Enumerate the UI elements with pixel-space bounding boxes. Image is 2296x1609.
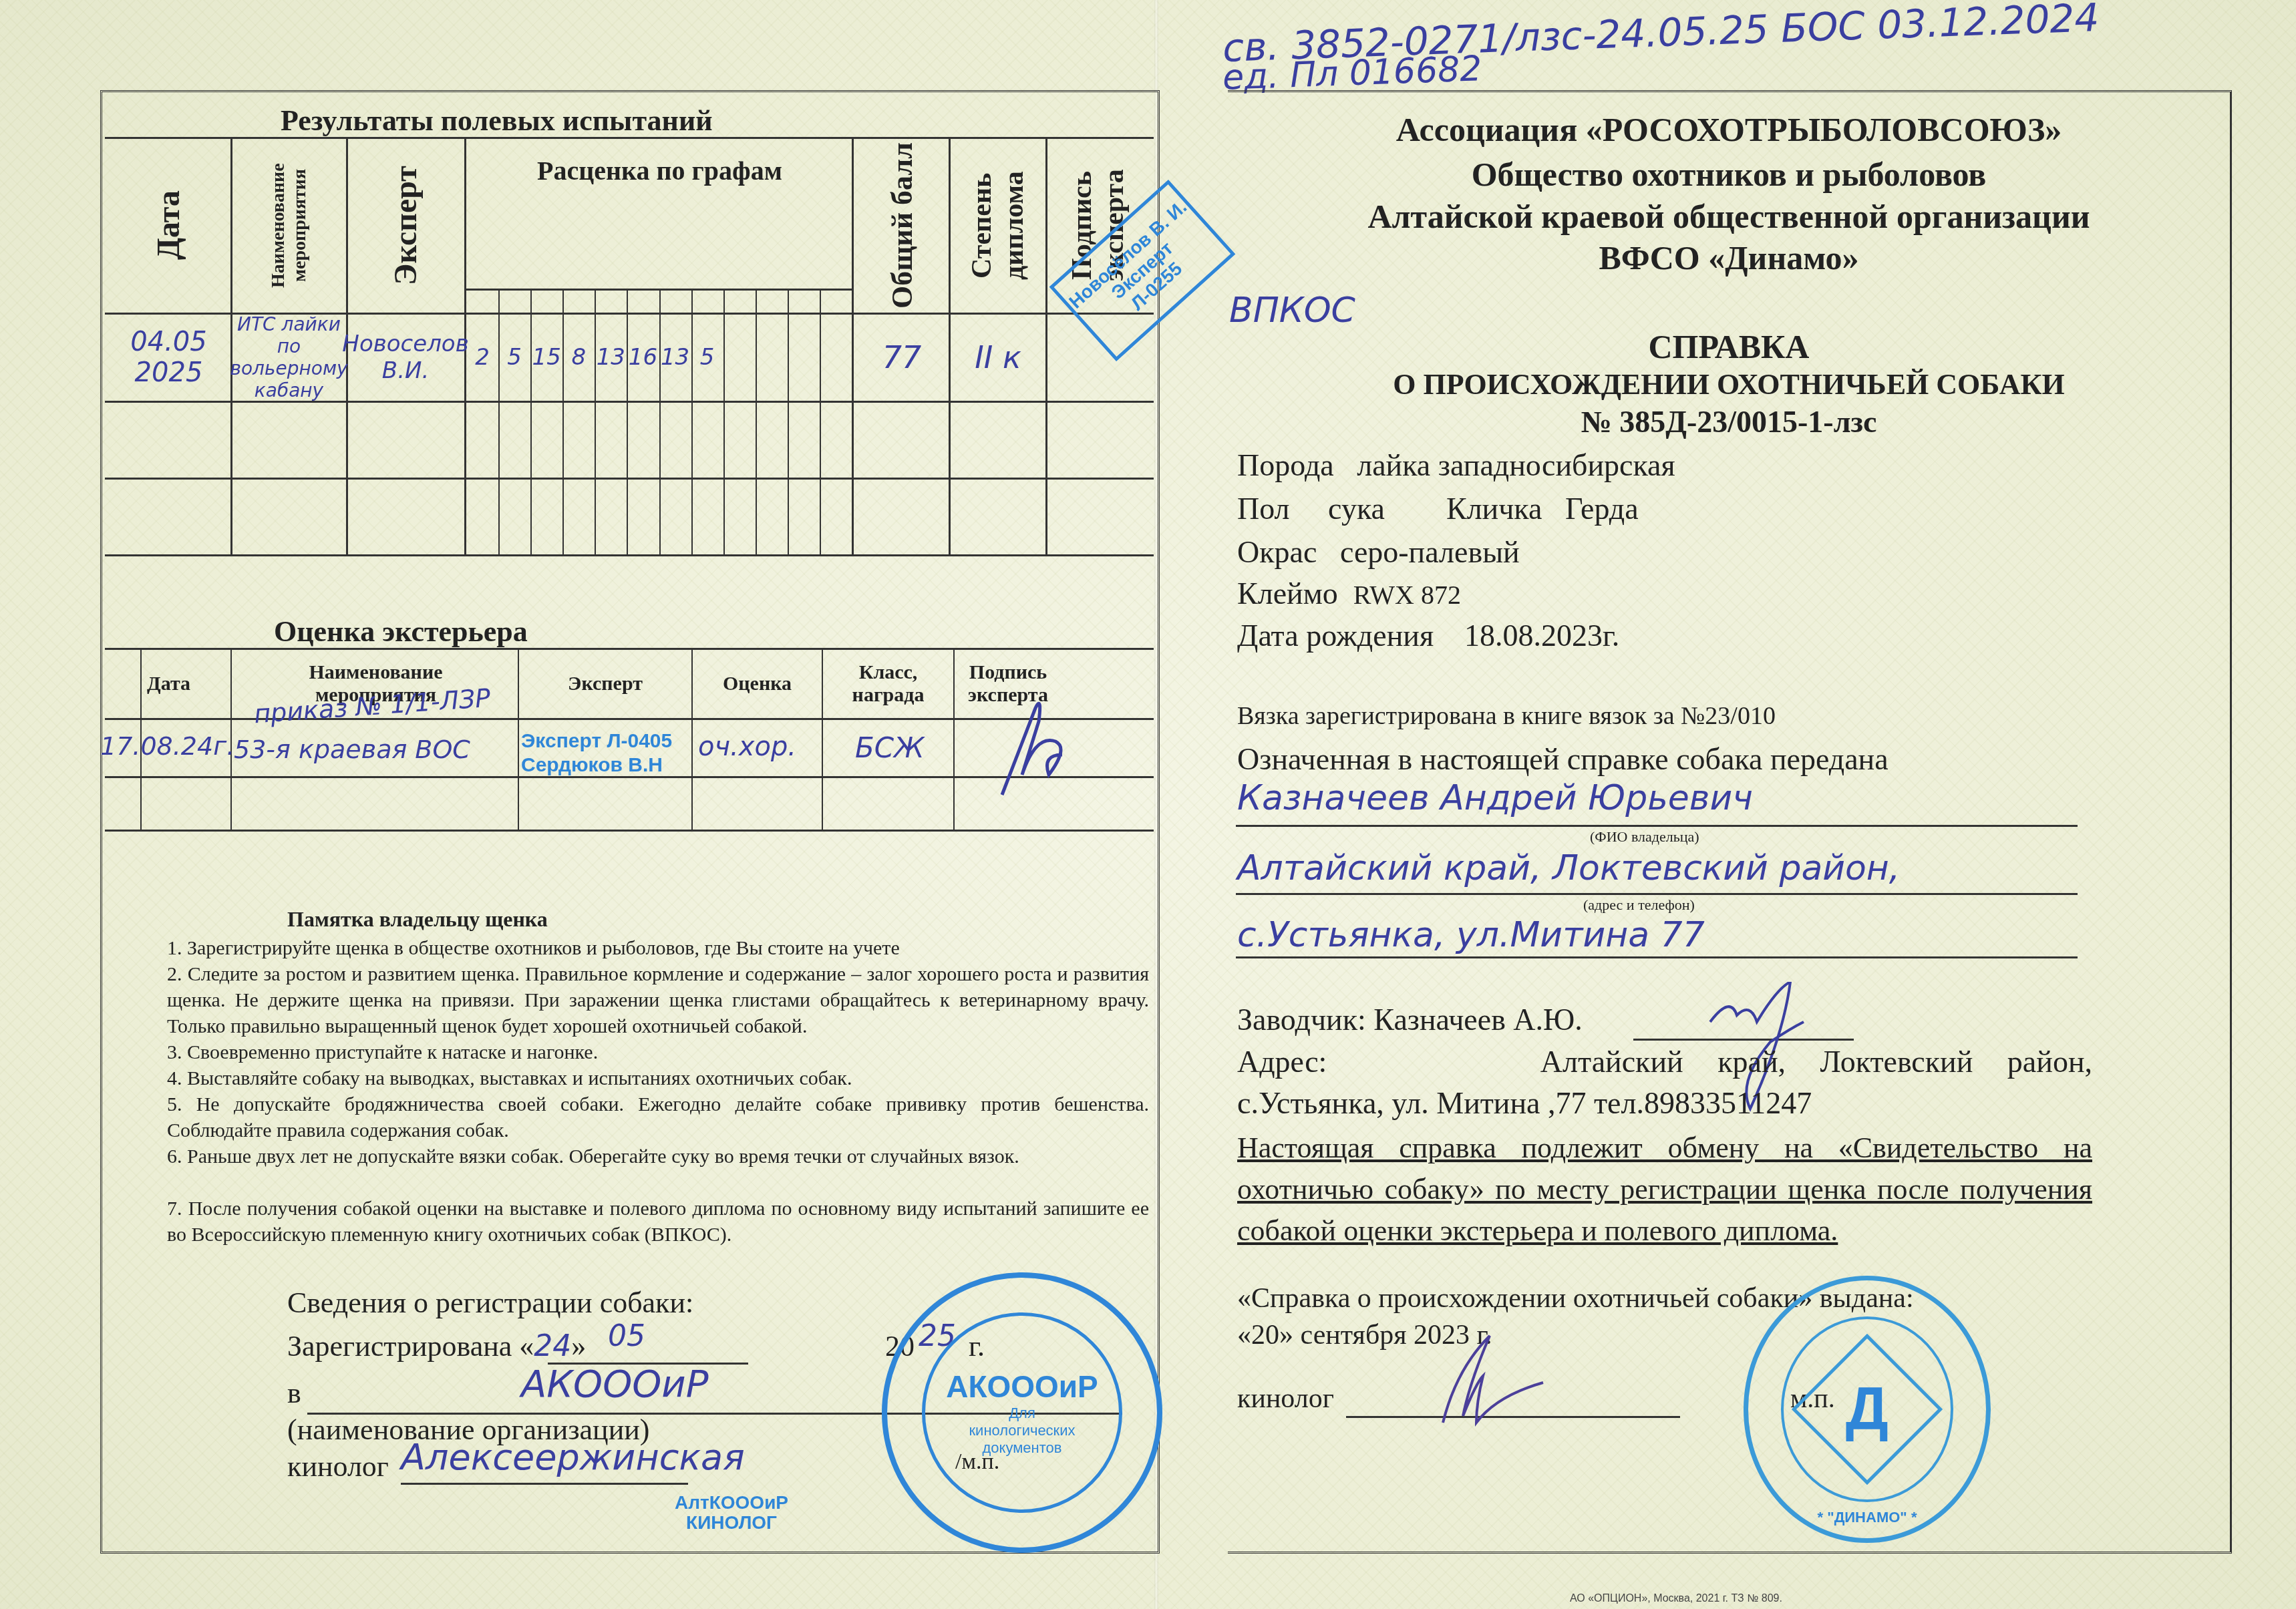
round-stamp-akoooir: АКОООиР Для кинологических документов — [882, 1272, 1162, 1553]
score-cell: 13 — [595, 317, 627, 397]
trial-event: ИТС лайки по вольерному кабану — [234, 317, 344, 397]
exchange-notice: Настоящая справка подлежит обмену на «Св… — [1237, 1127, 2092, 1252]
ext-class: БСЖ — [855, 731, 924, 764]
score-cell: 13 — [659, 317, 691, 397]
ext-header-date: Дата — [107, 651, 230, 717]
trial-expert: Новоселов В.И. — [349, 317, 462, 397]
expert-signature — [975, 695, 1082, 801]
trial-diploma: II к — [951, 317, 1045, 397]
owner-name: Казначеев Андрей Юрьевич — [1237, 778, 1753, 818]
color-label: Окрас — [1237, 535, 1317, 569]
table-col-line — [852, 137, 854, 554]
owner-name-line — [1236, 825, 2078, 827]
registered-label: Зарегистрирована «24» — [287, 1329, 586, 1363]
header-total: Общий балл — [855, 140, 949, 311]
cynologist-signature — [1416, 1329, 1550, 1436]
table-rule — [105, 830, 1154, 832]
table-col-line — [1045, 137, 1047, 554]
reg-organization: АКОООиР — [521, 1363, 708, 1406]
owner-caption: (ФИО владельца) — [1590, 828, 1699, 846]
org-line-2: Общество охотников и рыболовов — [1228, 155, 2230, 194]
reg-day: 24 — [534, 1329, 571, 1363]
stamp-line: Эксперт Л-0405 — [521, 729, 672, 753]
sex-name-row: Пол сука Кличка Герда — [1237, 491, 1639, 526]
registered-prefix: Зарегистрирована « — [287, 1330, 534, 1363]
color-value: серо-палевый — [1340, 535, 1520, 569]
score-cell — [788, 317, 820, 397]
field-trials-title: Результаты полевых испытаний — [281, 104, 713, 138]
score-cell: 8 — [562, 317, 595, 397]
address-label: Адрес: — [1237, 1044, 1327, 1079]
score-cell: 5 — [498, 317, 530, 397]
score-cell: 2 — [466, 317, 498, 397]
dob-value: 18.08.2023г. — [1464, 618, 1619, 653]
round-stamp-dinamo: Д * "ДИНАМО" * — [1744, 1276, 1991, 1543]
dob-label: Дата рождения — [1237, 618, 1434, 653]
name-label: Кличка — [1446, 492, 1542, 526]
brand-label: Клеймо — [1237, 576, 1338, 610]
memo-item: 4. Выставляйте собаку на выводках, выста… — [167, 1065, 1149, 1091]
quote: » — [571, 1330, 586, 1363]
score-cell — [820, 317, 852, 397]
owner-address-1: Алтайский край, Локтевский район, — [1237, 848, 1900, 888]
owner-address-line-2 — [1236, 956, 2078, 958]
score-cell — [756, 317, 788, 397]
header-event: Наименование мероприятия — [234, 140, 344, 311]
score-cell: 15 — [530, 317, 562, 397]
header-date: Дата — [107, 140, 230, 311]
doc-title: СПРАВКА — [1228, 327, 2230, 366]
score-cell: 5 — [691, 317, 723, 397]
registration-title: Сведения о регистрации собаки: — [287, 1286, 693, 1320]
kinolog-stamp: АлтКОООиР КИНОЛОГ — [675, 1493, 788, 1533]
stamp-line: Сердюков В.Н — [521, 753, 672, 777]
ext-header-expert: Эксперт — [519, 651, 691, 717]
dinamo-letter: Д — [1846, 1375, 1889, 1444]
exterior-title: Оценка экстерьера — [274, 614, 528, 649]
stamp-sub: Для кинологических документов — [959, 1405, 1086, 1457]
ext-header-grade: Оценка — [693, 651, 822, 717]
org-line-1: Ассоциация «РОСОХОТРЫБОЛОВСОЮЗ» — [1228, 110, 2230, 149]
table-rule — [105, 478, 1154, 480]
table-rule — [105, 137, 1154, 139]
header-expert: Эксперт — [349, 140, 462, 311]
brand-row: Клеймо RWX 872 — [1237, 576, 1461, 611]
memo-item: 6. Раньше двух лет не допускайте вязки с… — [167, 1143, 1149, 1170]
ext-grade: оч.хор. — [698, 731, 796, 762]
sex-label: Пол — [1237, 492, 1290, 526]
header-scores: Расценка по графам — [468, 140, 852, 200]
memo-item: 2. Следите за ростом и развитием щенка. … — [167, 961, 1149, 1039]
table-col-line — [949, 137, 951, 554]
breed-row: Порода лайка западносибирская — [1237, 448, 1675, 483]
header-diploma: Степень диплома — [951, 140, 1045, 311]
table-rule — [105, 648, 1154, 650]
ext-event-line2: 53-я краевая ВОС — [234, 735, 470, 764]
owner-address-2: с.Устьянка, ул.Митина 77 — [1237, 915, 1705, 955]
org-line-3: Алтайской краевой общественной организац… — [1228, 197, 2230, 236]
color-row: Окрас серо-палевый — [1237, 534, 1520, 570]
mating-row: Вязка зарегистрирована в книге вязок за … — [1237, 701, 1776, 731]
breed-label: Порода — [1237, 448, 1334, 482]
stamp-center: АКОООиР — [946, 1369, 1098, 1405]
ext-date: 17.08.24г. — [100, 731, 234, 761]
name-value: Герда — [1565, 492, 1639, 526]
doc-number: № 385Д-23/0015-1-лзс — [1228, 404, 2230, 439]
expert-stamp-serdyukov: Эксперт Л-0405 Сердюков В.Н — [521, 729, 672, 777]
address-row-1: Адрес: Алтайский край, Локтевский район, — [1237, 1044, 2092, 1079]
reg-in-label: в — [287, 1376, 301, 1410]
address-line-1: Алтайский край, Локтевский район, — [1327, 1044, 2092, 1079]
doc-subtitle: О ПРОИСХОЖДЕНИИ ОХОТНИЧЬЕЙ СОБАКИ — [1228, 367, 2230, 401]
reg-cynologist-label: кинолог — [287, 1449, 389, 1483]
dob-row: Дата рождения 18.08.2023г. — [1237, 618, 1619, 653]
trial-date: 04.05 2025 — [107, 317, 230, 397]
address-row-2: с.Устьянка, ул. Митина ,77 тел.898335112… — [1237, 1085, 1812, 1121]
reg-month: 05 — [608, 1319, 645, 1353]
table-rule — [105, 554, 1154, 556]
org-line-4: ВФСО «Динамо» — [1228, 238, 2230, 277]
memo-item: 5. Не допускайте бродяжничества своей со… — [167, 1091, 1149, 1143]
owner-address-line-1 — [1236, 893, 2078, 895]
cynologist-label: кинолог — [1237, 1383, 1334, 1415]
sex-value: сука — [1328, 492, 1385, 526]
memo-item: 1. Зарегистрируйте щенка в обществе охот… — [167, 935, 1149, 961]
stamp-bottom-text: * "ДИНАМО" * — [1818, 1509, 1917, 1526]
table-rule — [464, 289, 852, 291]
reg-cynologist-value: Алексеержинская — [401, 1436, 745, 1478]
brand-value: RWX 872 — [1353, 580, 1461, 610]
memo-item: 3. Своевременно приступайте к натаске и … — [167, 1039, 1149, 1065]
ext-header-class: Класс, награда — [823, 651, 953, 717]
score-cell — [723, 317, 756, 397]
stamp-line: КИНОЛОГ — [675, 1513, 788, 1533]
address-caption: (адрес и телефон) — [1583, 896, 1695, 914]
breed-value: лайка западносибирская — [1357, 448, 1675, 482]
reg-cynologist-line — [401, 1483, 688, 1485]
stamp-line: АлтКОООиР — [675, 1493, 788, 1513]
breeder-row: Заводчик: Казначеев А.Ю. — [1237, 1002, 1583, 1037]
printer-note: АО «ОПЦИОН», Москва, 2021 г. ТЗ № 809. — [1570, 1593, 1782, 1605]
memo-item: 7. После получения собакой оценки на выс… — [167, 1196, 1149, 1248]
trial-total: 77 — [855, 317, 949, 397]
transferred-row: Означенная в настоящей справке собака пе… — [1237, 741, 1889, 777]
score-cell: 16 — [627, 317, 659, 397]
memo-title: Памятка владельцу щенка — [287, 907, 548, 932]
